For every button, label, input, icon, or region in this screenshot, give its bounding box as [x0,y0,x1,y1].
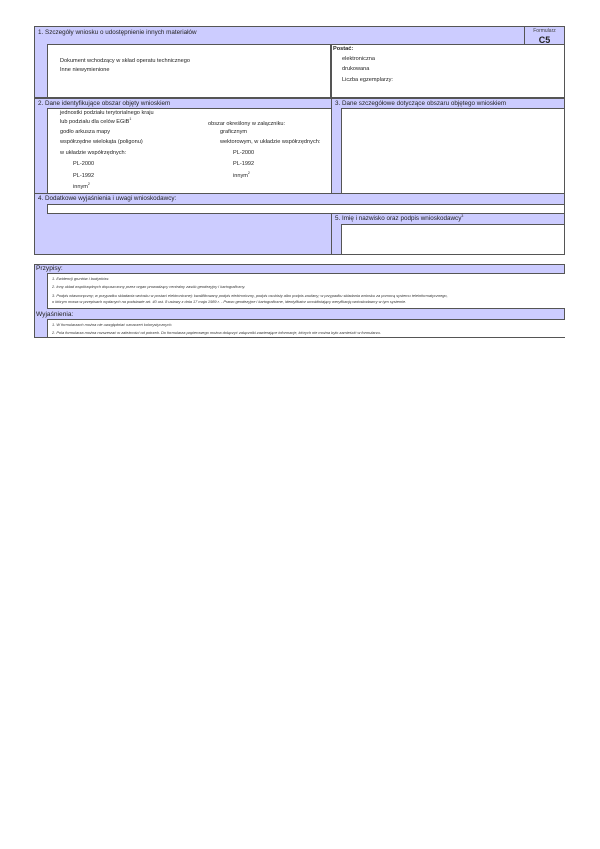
item-other[interactable]: Inne niewymienione [60,67,109,74]
unit-line2[interactable]: lub podziału dla celów EGiB1 [60,119,131,126]
section-4-title: 4. Dodatkowe wyjaśnienia i uwagi wniosko… [35,194,176,203]
item-document-operat[interactable]: Dokument wchodzący w skład operatu techn… [60,58,190,65]
right-other[interactable]: innym2 [233,173,250,180]
footnote-3-cont: o którym mowa w przepisach wydanych na p… [52,299,406,304]
right-pl2000[interactable]: PL-2000 [233,150,254,157]
footnotes-box: 1. Ewidencji gruntów i budynków. 2. Inny… [47,273,565,309]
coord-system-label: w układzie współrzędnych: [60,150,126,157]
footnote-1: 1. Ewidencji gruntów i budynków. [52,276,109,281]
map-sheet[interactable]: godło arkusza mapy [60,129,110,136]
explanations-box: 1. W formularzach można nie uwzględniać … [47,319,565,338]
section-2-title: 2. Dane identyfikujące obszar objęty wni… [35,99,170,108]
section-2-box: jednostki podziału terytorialnego kraju … [47,108,332,194]
section-1-form-box: Postać: elektroniczna drukowana Liczba e… [331,44,565,98]
postac-label: Postać: [333,46,353,53]
explanation-2: 2. Pola formularza można rozszerzać w za… [52,330,381,335]
left-other[interactable]: innym2 [73,184,90,191]
section-1-title: 1. Szczegóły wniosku o udostępnienie inn… [35,28,197,37]
annex-graphic[interactable]: graficznym [220,129,247,136]
copies-label[interactable]: Liczba egzemplarzy: [342,77,393,84]
section-3-input[interactable] [341,108,565,194]
section-1-items-box: Dokument wchodzący w skład operatu techn… [47,44,331,98]
footnote-3: 3. Podpis własnoręczny; w przypadku skła… [52,293,448,298]
option-printed[interactable]: drukowana [342,66,369,73]
option-electronic[interactable]: elektroniczna [342,56,375,63]
section-5-title: 5. Imię i nazwisko oraz podpis wnioskoda… [332,214,463,223]
footnotes-title: Przypisy: [35,264,63,273]
left-pl1992[interactable]: PL-1992 [73,173,94,180]
section-3-title: 3. Dane szczegółowe dotyczące obszaru ob… [332,99,506,108]
right-pl1992[interactable]: PL-1992 [233,161,254,168]
polygon-coords[interactable]: współrzędne wielokąta (poligonu) [60,139,143,146]
explanation-1: 1. W formularzach można nie uwzględniać … [52,322,172,327]
explanations-title: Wyjaśnienia: [35,310,73,319]
form-label: Formularz [525,28,564,34]
unit-line1[interactable]: jednostki podziału terytorialnego kraju [60,110,154,117]
left-pl2000[interactable]: PL-2000 [73,161,94,168]
footnote-2: 2. Inny układ współrzędnych dopuszczony … [52,284,245,289]
annex-vector[interactable]: wektorowym, w układzie współrzędnych: [220,139,320,146]
annex-label: obszar określony w załączniku: [208,121,285,128]
signature-input[interactable] [341,224,565,255]
